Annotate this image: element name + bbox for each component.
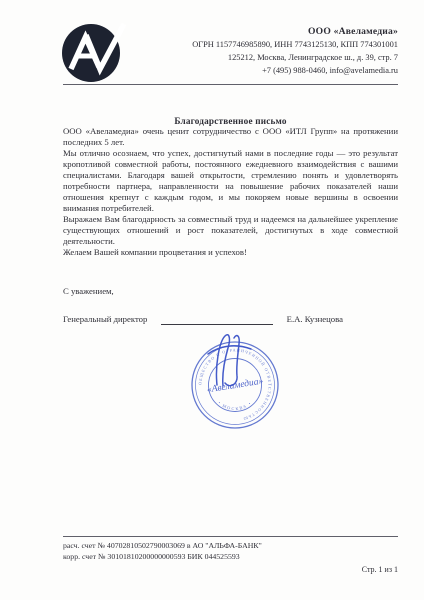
company-contact-line: +7 (495) 988-0460, info@avelamedia.ru (192, 64, 398, 77)
stamp-center-text: «Авеламедиа» (206, 376, 264, 396)
stamp-city-text: • МОСКВА • (217, 400, 253, 411)
company-details: ООО «Авеламедиа» ОГРН 1157746985890, ИНН… (192, 25, 398, 77)
signer-name: Е.А. Кузнецова (287, 314, 343, 325)
svg-text:• МОСКВА •: • МОСКВА • (217, 400, 253, 411)
letter-content: ООО «Авеламедиа» ОГРН 1157746985890, ИНН… (63, 0, 398, 325)
letterhead: ООО «Авеламедиа» ОГРН 1157746985890, ИНН… (63, 0, 398, 85)
paragraph-gratitude: Выражаем Вам благодарность за совместный… (63, 214, 398, 247)
paragraph-main: Мы отлично осознаем, что успех, достигну… (63, 148, 398, 214)
signature-line (161, 315, 272, 325)
paragraph-wish: Желаем Вашей компании процветания и успе… (63, 247, 398, 258)
signer-title: Генеральный директор (63, 314, 147, 325)
settlement-account-line: расч. счет № 40702810502790003069 в АО "… (63, 541, 398, 552)
handwritten-signature (208, 335, 251, 386)
svg-text:ОБЩЕСТВО С ОГРАНИЧЕННОЙ ОТВЕТС: ОБЩЕСТВО С ОГРАНИЧЕННОЙ ОТВЕТСТВЕННОСТЬЮ (197, 347, 272, 421)
corr-account-line: корр. счет № 30101810200000000593 БИК 04… (63, 552, 398, 563)
company-address-line: 125212, Москва, Ленинградское ш., д. 39,… (192, 51, 398, 64)
company-name: ООО «Авеламедиа» (192, 25, 398, 38)
letter-page: ООО «Авеламедиа» ОГРН 1157746985890, ИНН… (0, 0, 424, 600)
page-number: Стр. 1 из 1 (63, 565, 398, 576)
paragraph-intro: ООО «Авеламедиа» очень ценит сотрудничес… (63, 126, 398, 148)
company-stamp: ОБЩЕСТВО С ОГРАНИЧЕННОЙ ОТВЕТСТВЕННОСТЬЮ… (175, 328, 305, 453)
letter-body: ООО «Авеламедиа» очень ценит сотрудничес… (63, 126, 398, 258)
company-logo-av-icon (62, 23, 128, 83)
company-reg-line: ОГРН 1157746985890, ИНН 7743125130, КПП … (192, 38, 398, 51)
signature-row: Генеральный директор Е.А. Кузнецова (63, 314, 398, 325)
letter-title: Благодарственное письмо (63, 116, 398, 126)
footer: расч. счет № 40702810502790003069 в АО "… (63, 536, 398, 576)
stamp-ring-text: ОБЩЕСТВО С ОГРАНИЧЕННОЙ ОТВЕТСТВЕННОСТЬЮ (197, 347, 272, 421)
closing-salutation: С уважением, (63, 286, 398, 297)
